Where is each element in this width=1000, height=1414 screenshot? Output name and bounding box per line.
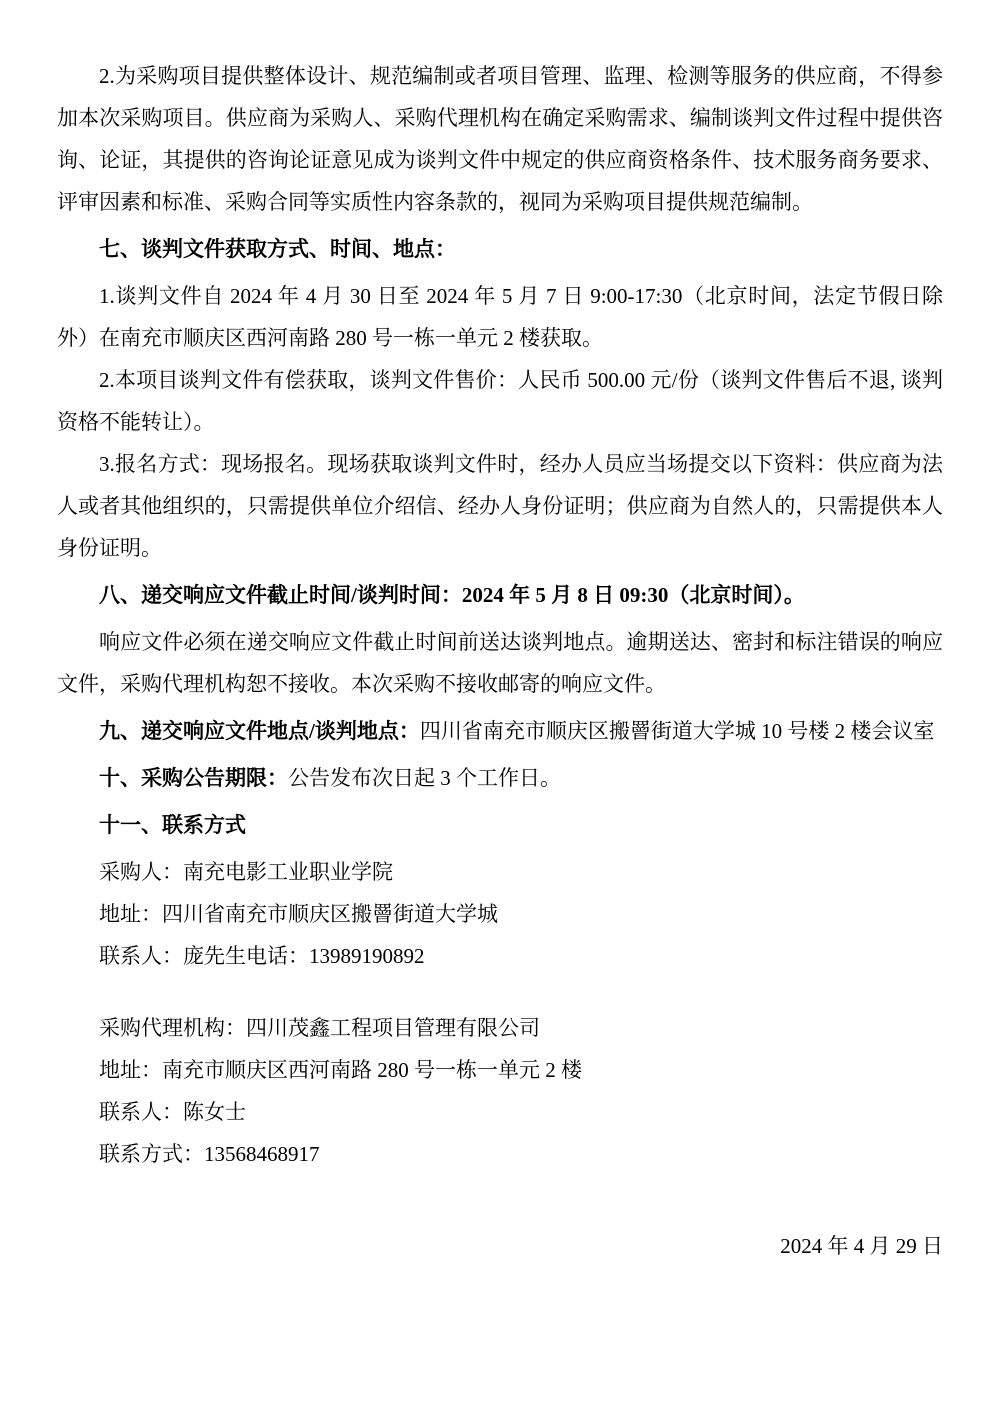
para-7-3-text: 3.报名方式：现场报名。现场获取谈判文件时，经办人员应当场提交以下资料：供应商为…: [57, 452, 943, 560]
para-8-note-text: 响应文件必须在递交响应文件截止时间前送达谈判地点。逾期送达、密封和标注错误的响应…: [57, 630, 943, 696]
line-purchaser-address-text: 地址：四川省南充市顺庆区搬罾街道大学城: [99, 902, 498, 926]
line-agency-phone-text: 联系方式：13568468917: [99, 1142, 320, 1166]
blank-line: [57, 977, 943, 1007]
line-purchaser-text: 采购人：南充电影工业职业学院: [99, 860, 393, 884]
para-7-3: 3.报名方式：现场报名。现场获取谈判文件时，经办人员应当场提交以下资料：供应商为…: [57, 443, 943, 569]
line-purchaser-contact-text: 联系人：庞先生电话：13989190892: [99, 944, 425, 968]
heading-section-11-text: 十一、联系方式: [99, 813, 246, 837]
date-line-text: 2024 年 4 月 29 日: [780, 1234, 943, 1258]
heading-section-7-text: 七、谈判文件获取方式、时间、地点：: [99, 237, 456, 261]
line-agency-text: 采购代理机构：四川茂鑫工程项目管理有限公司: [99, 1016, 540, 1040]
para-supplier-restriction: 2.为采购项目提供整体设计、规范编制或者项目管理、监理、检测等服务的供应商，不得…: [57, 55, 943, 223]
heading-section-7: 七、谈判文件获取方式、时间、地点：: [57, 228, 943, 270]
line-purchaser: 采购人：南充电影工业职业学院: [57, 851, 943, 893]
line-purchaser-address: 地址：四川省南充市顺庆区搬罾街道大学城: [57, 893, 943, 935]
para-supplier-restriction-text: 2.为采购项目提供整体设计、规范编制或者项目管理、监理、检测等服务的供应商，不得…: [57, 64, 943, 214]
heading-section-8-text: 八、递交响应文件截止时间/谈判时间：2024 年 5 月 8 日 09:30（北…: [99, 583, 805, 607]
heading-section-11: 十一、联系方式: [57, 804, 943, 846]
line-purchaser-contact: 联系人：庞先生电话：13989190892: [57, 935, 943, 977]
heading-section-10: 十、采购公告期限：公告发布次日起 3 个工作日。: [57, 757, 943, 799]
line-agency-phone: 联系方式：13568468917: [57, 1133, 943, 1175]
heading-section-10-text: 十、采购公告期限：: [99, 766, 288, 790]
para-7-2: 2.本项目谈判文件有偿获取，谈判文件售价：人民币 500.00 元/份（谈判文件…: [57, 359, 943, 443]
heading-section-9: 九、递交响应文件地点/谈判地点：四川省南充市顺庆区搬罾街道大学城 10 号楼 2…: [57, 710, 943, 752]
date-line: 2024 年 4 月 29 日: [57, 1225, 943, 1267]
document-body: 2.为采购项目提供整体设计、规范编制或者项目管理、监理、检测等服务的供应商，不得…: [0, 0, 1000, 1267]
heading-section-8: 八、递交响应文件截止时间/谈判时间：2024 年 5 月 8 日 09:30（北…: [57, 574, 943, 616]
para-7-1: 1.谈判文件自 2024 年 4 月 30 日至 2024 年 5 月 7 日 …: [57, 275, 943, 359]
line-agency-contact-text: 联系人：陈女士: [99, 1100, 246, 1124]
line-agency-address: 地址：南充市顺庆区西河南路 280 号一栋一单元 2 楼: [57, 1049, 943, 1091]
para-7-1-text: 1.谈判文件自 2024 年 4 月 30 日至 2024 年 5 月 7 日 …: [57, 284, 943, 350]
document-page: 2.为采购项目提供整体设计、规范编制或者项目管理、监理、检测等服务的供应商，不得…: [0, 0, 1000, 1414]
line-agency-address-text: 地址：南充市顺庆区西河南路 280 号一栋一单元 2 楼: [99, 1058, 582, 1082]
para-8-note: 响应文件必须在递交响应文件截止时间前送达谈判地点。逾期送达、密封和标注错误的响应…: [57, 621, 943, 705]
line-agency: 采购代理机构：四川茂鑫工程项目管理有限公司: [57, 1007, 943, 1049]
heading-section-10-text: 公告发布次日起 3 个工作日。: [288, 766, 561, 790]
para-7-2-text: 2.本项目谈判文件有偿获取，谈判文件售价：人民币 500.00 元/份（谈判文件…: [57, 368, 943, 434]
heading-section-9-text: 九、递交响应文件地点/谈判地点：: [99, 719, 420, 743]
line-agency-contact: 联系人：陈女士: [57, 1091, 943, 1133]
heading-section-9-text: 四川省南充市顺庆区搬罾街道大学城 10 号楼 2 楼会议室: [420, 719, 935, 743]
